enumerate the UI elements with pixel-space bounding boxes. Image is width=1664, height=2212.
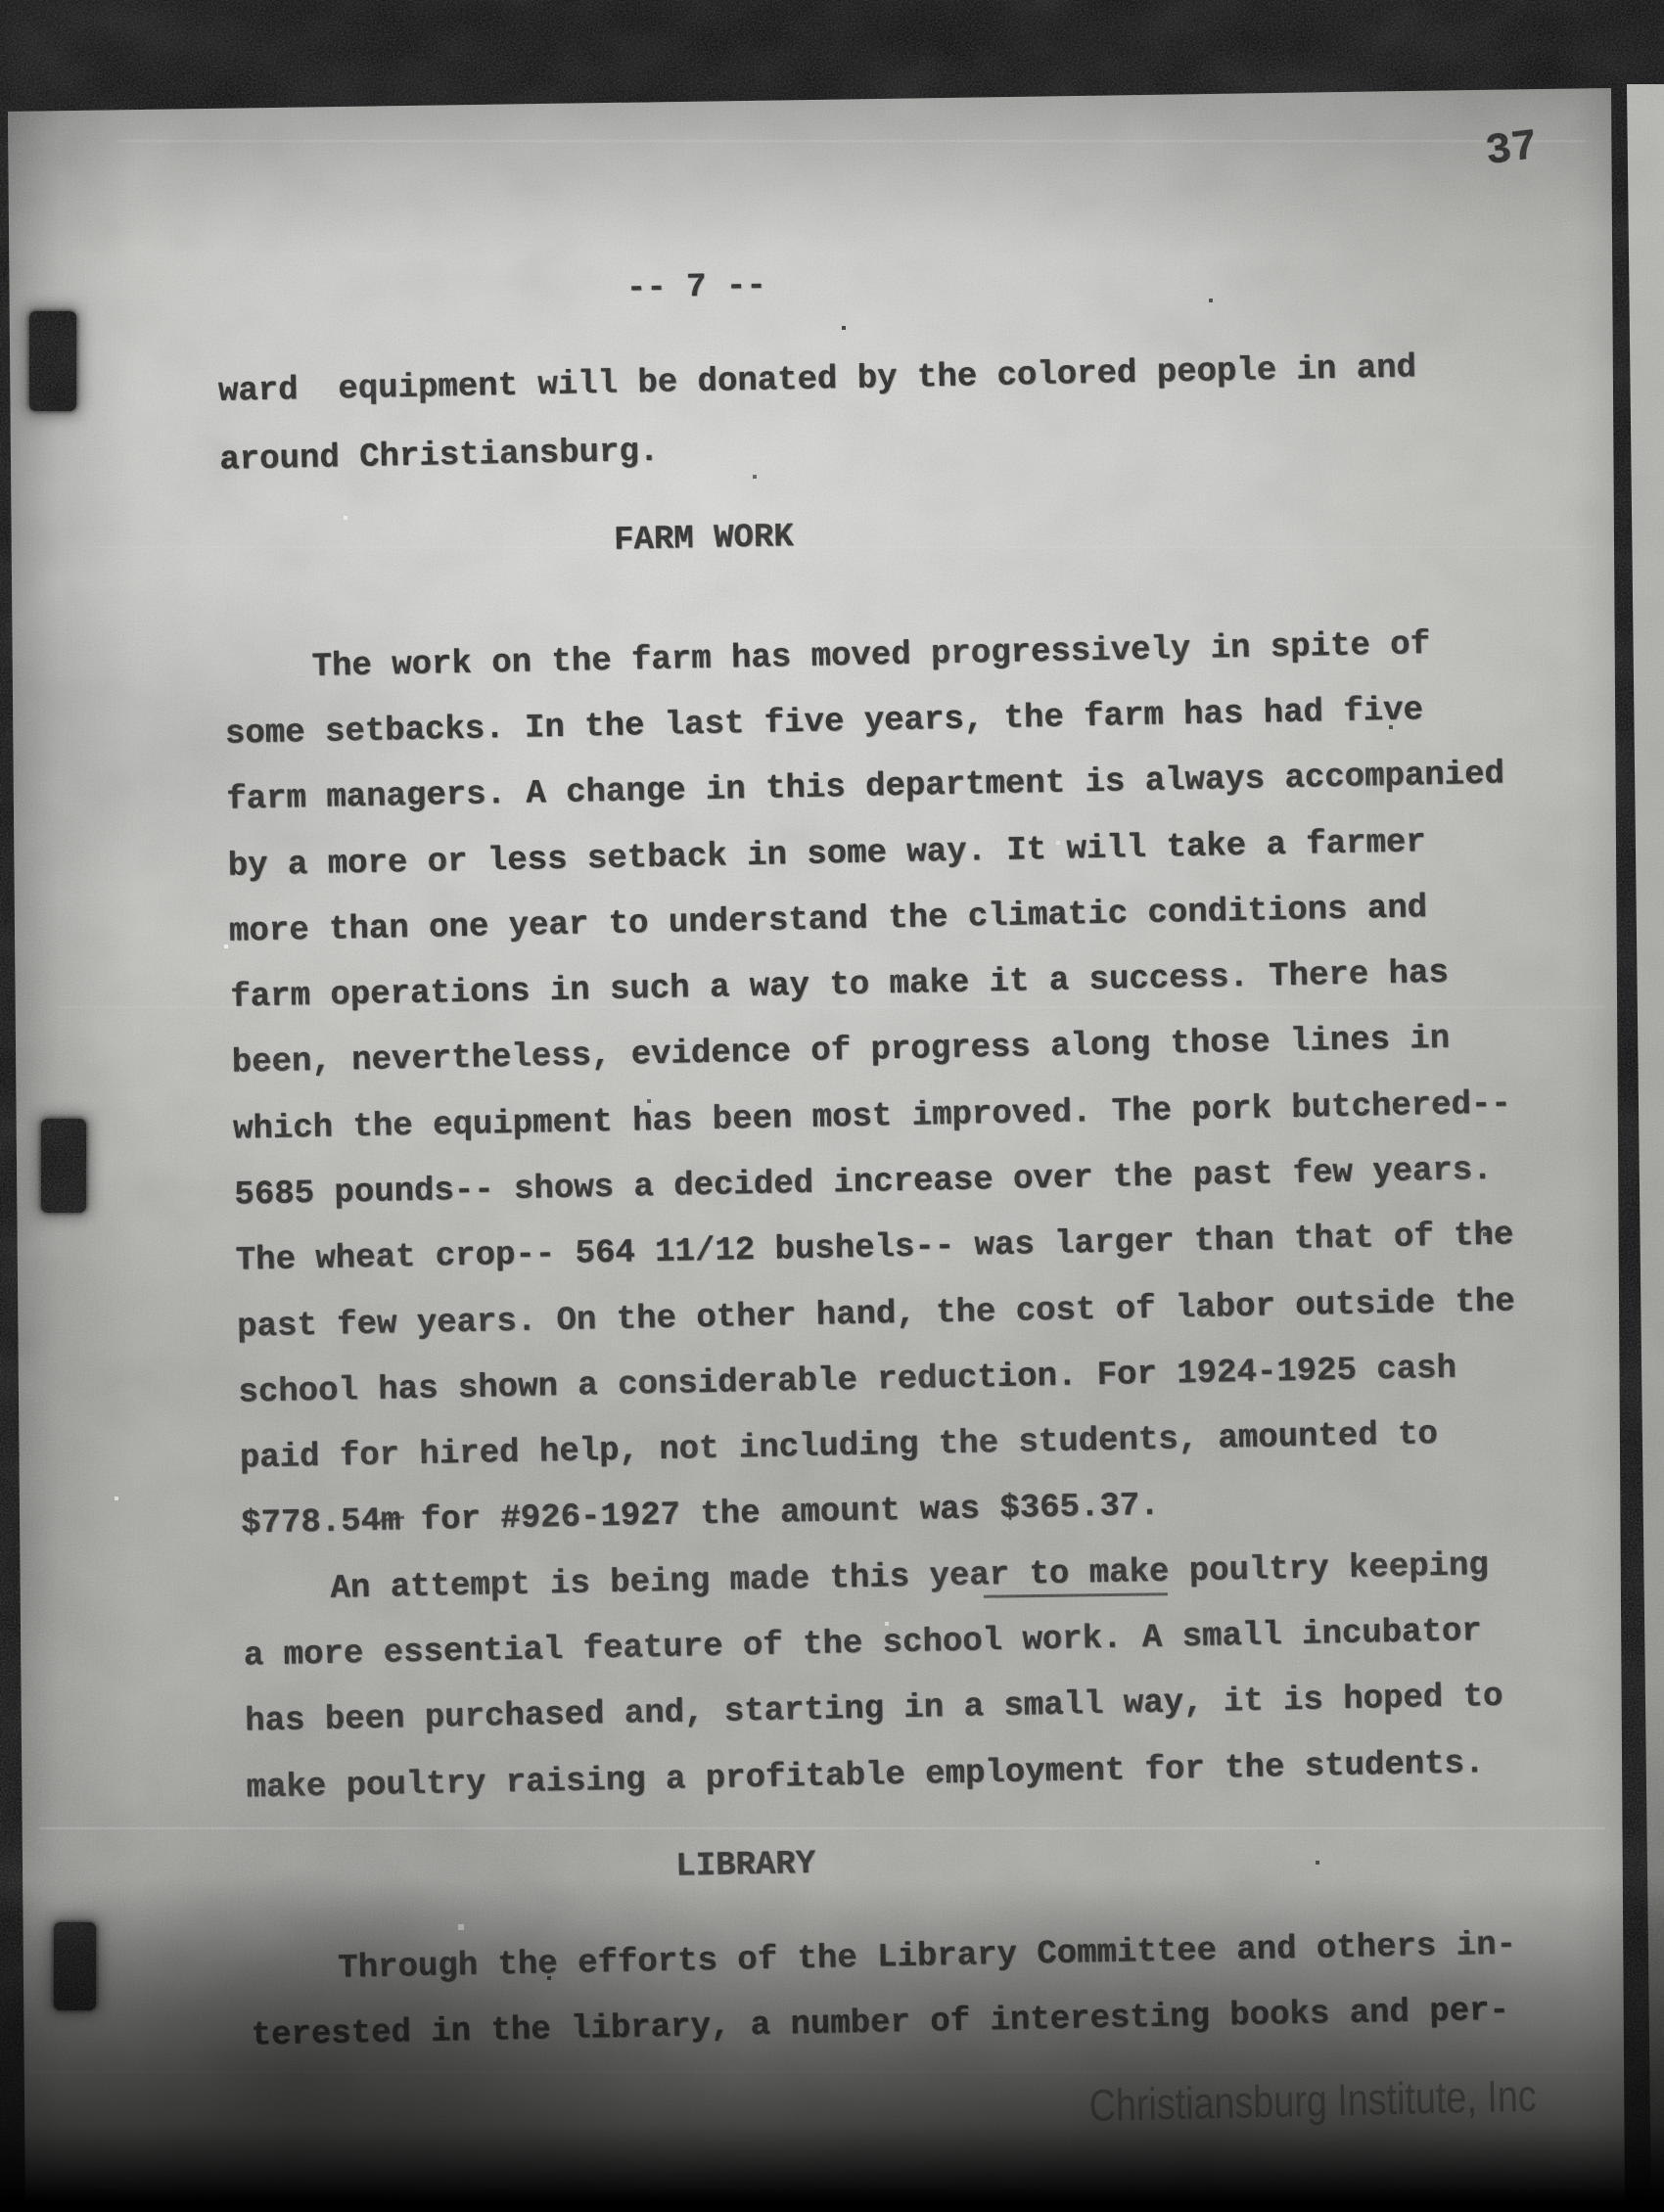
typed-line: The wheat crop-- 564 11/12 bushels-- was… bbox=[235, 1217, 1513, 1279]
page-number: 37 bbox=[1483, 122, 1541, 177]
typed-line: The work on the farm has moved progressi… bbox=[311, 626, 1430, 686]
typed-line: by a more or less setback in some way. I… bbox=[227, 824, 1426, 886]
typed-line: has been purchased and, starting in a sm… bbox=[245, 1679, 1503, 1741]
typed-text-layer: -- 7 -- ward equipment will be donated b… bbox=[206, 0, 1649, 2212]
typed-line: 5685 pounds-- shows a decided increase o… bbox=[234, 1152, 1493, 1215]
typed-line: An attempt is being made this year to ma… bbox=[330, 1547, 1489, 1608]
section-heading-farm-work: FARM WORK bbox=[614, 519, 794, 560]
scanned-document-page: -- 7 -- ward equipment will be donated b… bbox=[0, 0, 1664, 2212]
typed-line: $778.54m for #926-1927 the amount was $3… bbox=[241, 1488, 1160, 1544]
typed-line: make poultry raising a profitable employ… bbox=[246, 1745, 1485, 1807]
typed-line: a more essential feature of the school w… bbox=[244, 1613, 1483, 1675]
typed-line: past few years. On the other hand, the c… bbox=[237, 1283, 1515, 1346]
typed-line: which the equipment has been most improv… bbox=[233, 1085, 1511, 1148]
typed-line: Through the efforts of the Library Commi… bbox=[338, 1927, 1516, 1988]
typed-line: paid for hired help, not including the s… bbox=[240, 1416, 1439, 1478]
watermark: Christiansburg Institute, Inc bbox=[1088, 2069, 1537, 2132]
binding-hole bbox=[54, 1922, 96, 2010]
dust-specks bbox=[0, 0, 2, 2]
page-header: -- 7 -- bbox=[626, 268, 767, 308]
binding-hole bbox=[41, 1119, 86, 1213]
typed-line: terested in the library, a number of int… bbox=[251, 1993, 1509, 2055]
typed-line: school has shown a considerable reductio… bbox=[238, 1351, 1456, 1412]
typed-line: been, nevertheless, evidence of progress… bbox=[231, 1021, 1450, 1083]
binding-hole bbox=[29, 311, 76, 411]
typed-line: around Christiansburg. bbox=[219, 434, 660, 480]
typed-line: ward equipment will be donated by the co… bbox=[218, 349, 1417, 411]
typed-line: more than one year to understand the cli… bbox=[229, 890, 1428, 951]
typed-line: farm operations in such a way to make it… bbox=[230, 955, 1449, 1017]
typed-line: some setbacks. In the last five years, t… bbox=[225, 692, 1424, 754]
section-heading-library: LIBRARY bbox=[675, 1846, 816, 1886]
typed-line: farm managers. A change in this departme… bbox=[226, 757, 1504, 819]
